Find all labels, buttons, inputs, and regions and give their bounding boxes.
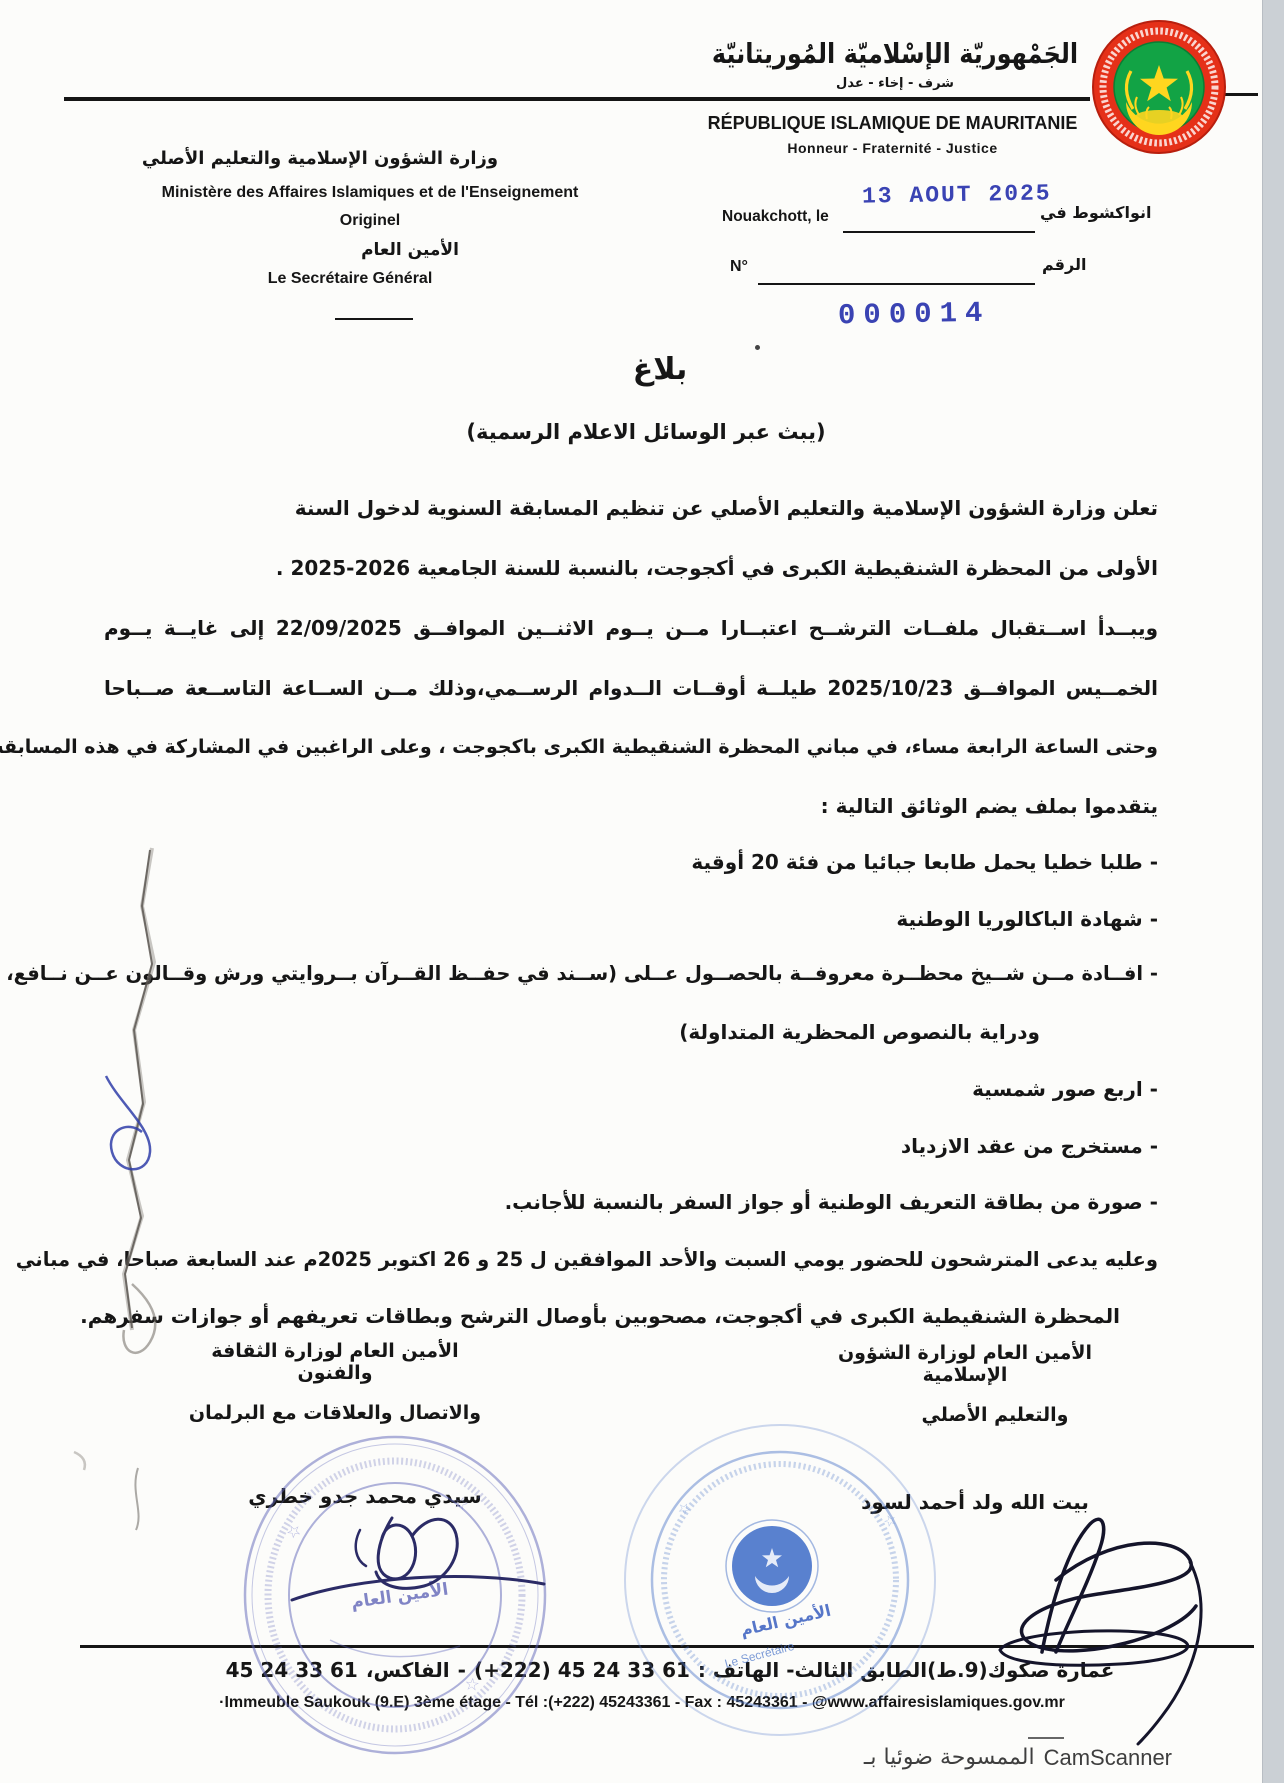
motto-arabic: شرف - إخاء - عدل [790,76,1000,91]
ministry-name-fr-originel: Originel [95,212,645,230]
doc-item-6: - صورة من بطاقة التعريف الوطنية أو جواز … [505,1190,1158,1214]
number-stamp: 000014 [838,297,991,333]
number-label-fr: N° [730,258,748,276]
scan-edge-right [1262,0,1284,1783]
ministry-name-fr: Ministère des Affaires Islamiques et de … [95,184,645,202]
camscanner-dash [1028,1737,1064,1739]
doc-item-3: - افــادة مــن شــيخ محظــرة معروفــة با… [6,962,1158,985]
footer-rule [80,1645,1254,1648]
scanned-document-page: الجَمْهوريّة الإسْلاميّة المُوريتانيّة ش… [0,0,1284,1783]
footer-address-fr: ·Immeuble Saukouk (9.E) 3ème étage - Tél… [0,1694,1284,1712]
stamp-left-text-ar: الأمين العام [350,1579,450,1613]
camscanner-note: الممسوحة ضوئيا بـ CamScanner [864,1745,1172,1771]
secretary-divider [335,318,413,320]
ink-overlay: الأمين العام Le Secrétaire ☆ ☆ الأمين ال… [0,0,1284,1783]
footer-building-ar: عمارة صكوك(9.ط)الطابق الثالث- الهاتف : [698,1658,1114,1682]
stamp-crescent-icon [755,1576,789,1593]
body-line-6: يتقدموا بملف يضم الوثائق التالية : [821,794,1158,818]
body-line-2: الأولى من المحظرة الشنقيطية الكبرى في أك… [276,556,1158,580]
round-stamp-right: الأمين العام Le Secrétaire ☆ ☆ [625,1425,935,1735]
header-rule [64,97,1090,101]
signature-title-right-1: الأمين العام لوزارة الشؤون الإسلامية [810,1342,1120,1386]
doc-item-3-continued: ودراية بالنصوص المحظرية المتداولة) [679,1020,1040,1044]
motto-fr: Honneur - Fraternité - Justice [700,140,1085,156]
ink-dot [755,345,760,350]
camscanner-note-app: CamScanner [1044,1745,1172,1771]
secretary-general-ar: الأمين العام [260,240,560,260]
footer-fax-label: الفاكس، [366,1658,450,1682]
camscanner-note-ar: الممسوحة ضوئيا بـ [864,1745,1035,1771]
stamp-right-text-ar: الأمين العام [739,1601,833,1640]
doc-item-4: - اربع صور شمسية [972,1077,1158,1101]
calligraphy-title: الجَمْهوريّة الإسْلاميّة المُوريتانيّة [700,38,1090,70]
svg-text:☆: ☆ [674,1498,694,1520]
body-line-5: وحتى الساعة الرابعة مساء، في مباني المحظ… [0,736,1158,758]
republic-title-fr: RÉPUBLIQUE ISLAMIQUE DE MAURITANIE [700,113,1085,134]
ministry-name-ar: وزارة الشؤون الإسلامية والتعليم الأصلي [140,148,500,169]
footer-fax: 45 24 33 61 [226,1658,358,1682]
footer-separator: - [458,1658,466,1682]
signature-title-left-2: والاتصال والعلاقات مع البرلمان [185,1402,485,1424]
closing-line-1: وعليه يدعى المترشحون للحضور يومي السبت و… [16,1248,1158,1271]
secretary-general-fr: Le Secrétaire Général [150,270,550,288]
paper-tear [74,848,155,1530]
footer-address-ar: عمارة صكوك(9.ط)الطابق الثالث- الهاتف : (… [56,1658,1284,1682]
date-stamp: 13 AOUT 2025 [862,180,1052,209]
date-underline [843,231,1035,233]
stamp-emblem-ball [732,1526,812,1606]
number-label-ar: الرقم [1042,255,1086,274]
signatory-name-left: سيدي محمد جدو خطري [220,1484,510,1508]
signature-title-left-1: الأمين العام لوزارة الثقافة والفنون [185,1340,485,1384]
notice-subtitle: (يبث عبر الوسائل الاعلام الرسمية) [446,420,846,444]
signatory-name-right: بيت الله ولد أحمد لسود [830,1490,1120,1514]
doc-item-1: - طلبا خطيا يحمل طابعا جبائيا من فئة 20 … [691,850,1158,874]
stamp-star-icon [762,1548,782,1567]
svg-text:☆: ☆ [283,1519,306,1544]
closing-line-2: المحظرة الشنقيطية الكبرى في أكجوجت، مصحو… [80,1304,1120,1328]
signature-title-right-2: والتعليم الأصلي [840,1404,1150,1426]
city-label-ar: انواكشوط في [1040,203,1151,222]
body-line-1: تعلن وزارة الشؤون الإسلامية والتعليم الأ… [295,496,1158,520]
national-emblem [1091,19,1227,155]
emblem-ground [1135,110,1183,124]
doc-item-5: - مستخرج من عقد الازدياد [901,1134,1158,1158]
notice-title: بلاغ [560,352,760,387]
doc-item-2: - شهادة الباكالوريا الوطنية [896,907,1158,931]
footer-phone: (+222) 45 24 33 61 [474,1658,690,1682]
city-label-fr: Nouakchott, le [722,208,829,226]
pen-mark [106,1076,150,1169]
number-underline [758,283,1035,285]
signature-left-ink [292,1518,544,1600]
body-line-3: ويبــدأ اســتقبال ملفــات الترشــح اعتبـ… [104,616,1158,640]
body-line-4: الخمــيس الموافــق 2025/10/23 طيلــة أوق… [104,676,1158,700]
